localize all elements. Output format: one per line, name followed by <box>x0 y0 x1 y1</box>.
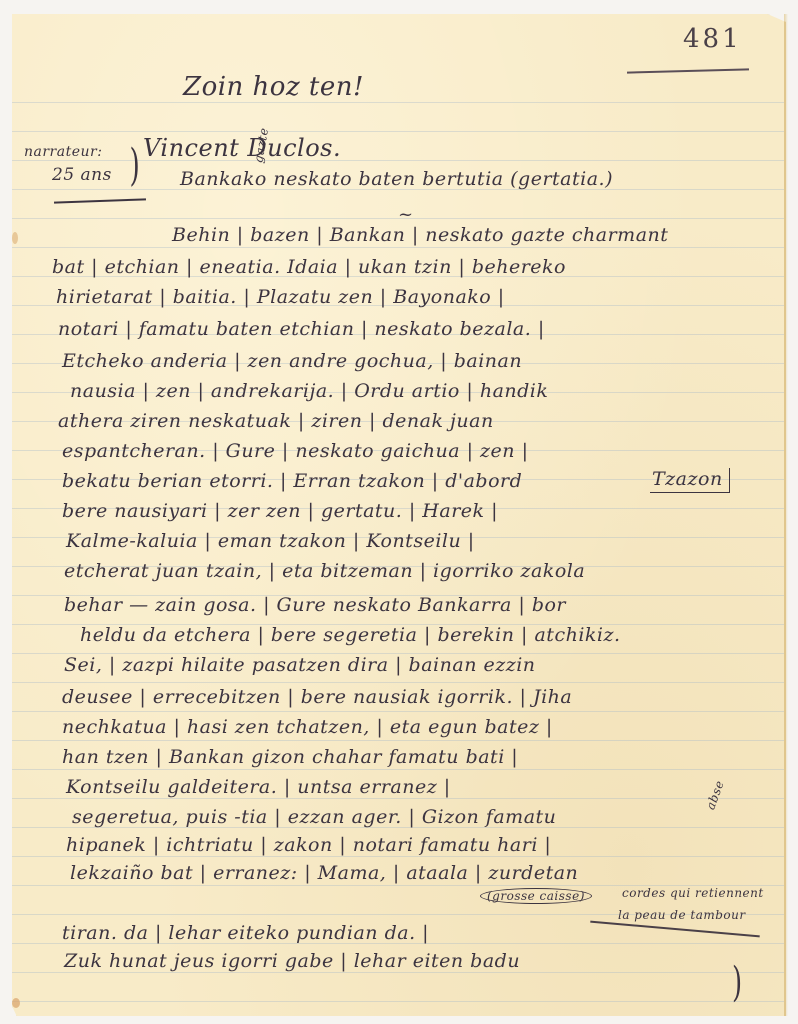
body-line: Behin | bazen | Bankan | neskato gazte c… <box>172 224 668 246</box>
rule-line <box>12 740 784 741</box>
body-line: nausia | zen | andrekarija. | Ordu artio… <box>70 380 548 402</box>
body-line: tiran. da | lehar eiteko pundian da. | <box>62 922 429 944</box>
rule-line <box>12 247 784 248</box>
page-number: 481 <box>683 24 742 54</box>
paper-stain <box>12 998 20 1008</box>
body-line: Etcheko anderia | zen andre gochua, | ba… <box>62 350 522 372</box>
parenthetical-annotation: (grosse caisse) <box>480 888 592 904</box>
rule-line <box>12 131 784 132</box>
body-line: Sei, | zazpi hilaite pasatzen dira | bai… <box>64 654 536 676</box>
rule-line <box>12 711 784 712</box>
body-line: hipanek | ichtriatu | zakon | notari fam… <box>66 834 551 856</box>
page-title: Zoin hoz ten! <box>183 72 364 102</box>
rule-line <box>12 769 784 770</box>
rule-line <box>12 1001 784 1002</box>
body-line: Zuk hunat jeus igorri gabe | lehar eiten… <box>64 950 520 972</box>
body-line: deusee | errecebitzen | bere nausiak igo… <box>62 686 572 708</box>
body-line: notari | famatu baten etchian | neskato … <box>58 318 545 340</box>
body-line: bere nausiyari | zer zen | gertatu. | Ha… <box>62 500 498 522</box>
body-line: lekzaiño bat | erranez: | Mama, | ataala… <box>70 862 578 884</box>
rule-line <box>12 798 784 799</box>
paper-stain <box>12 232 18 244</box>
body-line: heldu da etchera | bere segeretia | bere… <box>80 624 621 646</box>
rule-line <box>12 856 784 857</box>
body-line: Kalme-kaluia | eman tzakon | Kontseilu | <box>66 530 475 552</box>
brace-mark: ) <box>130 140 141 191</box>
body-line: bat | etchian | eneatia. Idaia | ukan tz… <box>52 256 566 278</box>
body-line: Kontseilu galdeitera. | untsa erranez | <box>66 776 451 798</box>
boxed-word: Tzazon <box>650 468 730 493</box>
gloss-line-1: cordes qui retiennent <box>622 886 764 900</box>
narrator-age: 25 ans <box>52 165 112 185</box>
body-line: nechkatua | hasi zen tchatzen, | eta egu… <box>62 716 553 738</box>
gloss-line-2: la peau de tambour <box>618 908 746 922</box>
body-line: bekatu berian etorri. | Erran tzakon | d… <box>62 470 522 492</box>
rule-line <box>12 160 784 161</box>
story-subtitle: Bankako neskato baten bertutia (gertatia… <box>180 168 613 190</box>
rule-line <box>12 682 784 683</box>
body-line: han tzen | Bankan gizon chahar famatu ba… <box>62 746 518 768</box>
body-line: etcherat juan tzain, | eta bitzeman | ig… <box>64 560 585 582</box>
narrator-name: Vincent Duclos. <box>143 134 341 162</box>
section-mark: ~ <box>398 204 414 225</box>
body-line: segeretua, puis -tia | ezzan ager. | Giz… <box>72 806 556 828</box>
body-line: hirietarat | baitia. | Plazatu zen | Bay… <box>56 286 505 308</box>
body-line: behar — zain gosa. | Gure neskato Bankar… <box>64 594 566 616</box>
rule-line <box>12 102 784 103</box>
rule-line <box>12 972 784 973</box>
closing-paren-mark: ) <box>732 959 743 1007</box>
body-line: espantcheran. | Gure | neskato gaichua |… <box>62 440 528 462</box>
body-line: athera ziren neskatuak | ziren | denak j… <box>58 410 494 432</box>
narrator-label: narrateur: <box>24 144 102 160</box>
